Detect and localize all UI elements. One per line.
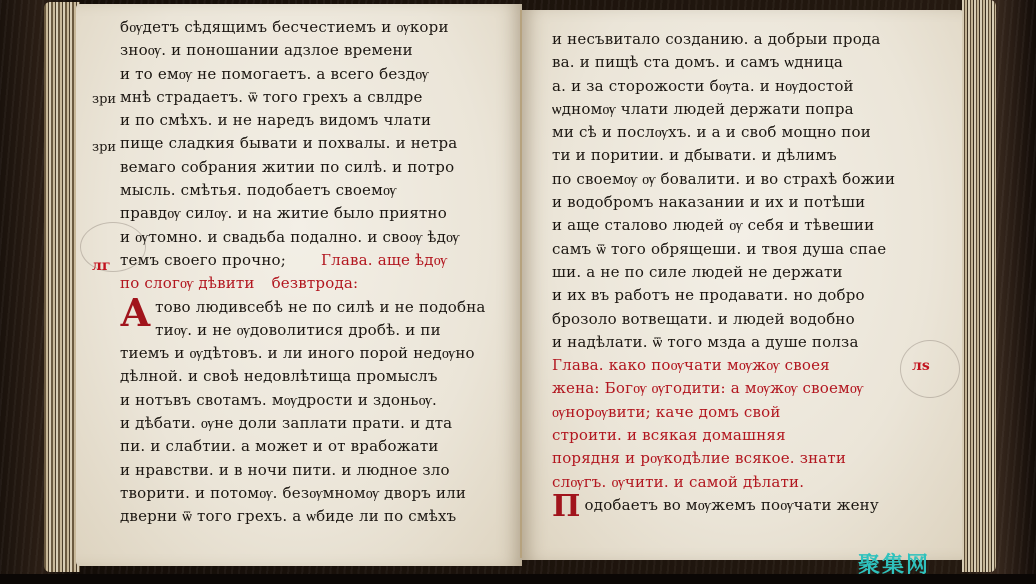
text-line: и надѣлати. ѿ того мзда а душе полза [552, 331, 895, 354]
text-line: а. и за сторожости бѹта. и нѹдостой [552, 75, 895, 98]
text-line: брозоло вотвещати. и людей водобно [552, 308, 895, 331]
text-line: вемаго собрания житии по силѣ. и потро [120, 156, 486, 179]
text-line: ти и поритии. и дбывати. и дѣлимъ [552, 144, 895, 167]
text-line: пище сладкия бывати и похвалы. и нетра [120, 132, 486, 155]
text-line: и несъвитало созданию. а добрыи прода [552, 28, 895, 51]
rubric-line: Глава. како поѹчати мѹжѹ своея [552, 354, 895, 377]
text-line: по своемѹ ѹ бовалити. и во страхѣ божии [552, 168, 895, 191]
text-segment: тово людивсебѣ не по силѣ и не подобна [155, 298, 485, 316]
text-line: и по смѣхъ. и не наредъ видомъ члати [120, 109, 486, 132]
right-page-text: и несъвитало созданию. а добрыи прода ва… [552, 28, 895, 522]
text-line: и то емѹ не помогаетъ. а всего бездѹ [120, 63, 486, 86]
text-segment: темъ своего прочно; [120, 251, 286, 269]
rubric-line: по слогѹ дѣвити [120, 274, 255, 292]
red-initial-letter: А [120, 294, 151, 332]
text-line: и водобромъ наказании и их и потѣши [552, 191, 895, 214]
margin-note-zri-2: зри [92, 140, 116, 155]
text-line: ва. и пищѣ ста домъ. и самъ ѡдница [552, 51, 895, 74]
text-line: бѹдетъ сѣдящимъ бесчестиемъ и ѹкори [120, 16, 486, 39]
text-line: дверни ѿ того грехъ. а ѡбиде ли по смѣхъ [120, 505, 486, 528]
text-line: и нотъвъ свотамъ. мѹдрости и здоньѹ. [120, 389, 486, 412]
text-line: пи. и слабтии. а может и от врабожати [120, 435, 486, 458]
chapter-mark-right: лѕ [912, 358, 930, 374]
rubric-line-tail: безвтрода: [272, 274, 359, 292]
text-line: дѣлной. и своѣ недовлѣтища промыслъ [120, 365, 486, 388]
rubric-line: ѹнорѹвити; каче домъ свой [552, 401, 895, 424]
bottom-shadow [0, 574, 1036, 584]
text-line: правдѹ силѹ. и на житие было приятно [120, 202, 486, 225]
margin-note-zri-1: зри [92, 92, 116, 107]
text-line: по слогѹ дѣвити безвтрода: [120, 272, 486, 295]
red-initial-letter: П [552, 492, 581, 522]
text-line: и аще сталово людей ѹ себя и тѣвешии [552, 214, 895, 237]
pencil-circle-right [900, 340, 960, 398]
rubric-chapter-heading: Глава. аще ѣдѹ [321, 251, 447, 269]
rubric-line: строити. и всякая домашняя [552, 424, 895, 447]
text-line: ми сѣ и послѹхъ. и а и своб мощно пои [552, 121, 895, 144]
text-line: и ѹтомно. и свадьба подално. и своѹ ѣдѹ [120, 226, 486, 249]
text-line: темъ своего прочно; Глава. аще ѣдѹ [120, 249, 486, 272]
rubric-line: жена: Богѹ ѹгодити: а мѹжѹ своемѹ [552, 377, 895, 400]
text-line: мысль. смѣтья. подобаетъ своемѹ [120, 179, 486, 202]
text-line: самъ ѿ того обрящеши. и твоя душа спае [552, 238, 895, 261]
text-line: тиѹ. и не ѹдоволитися дробѣ. и пи [120, 319, 486, 342]
right-page-edges [962, 0, 996, 572]
text-line: и нравстви. и в ночи пити. и людное зло [120, 459, 486, 482]
chapter-mark-left: лг [92, 258, 110, 274]
text-line: творити. и потомѹ. безѹмномѹ дворъ или [120, 482, 486, 505]
text-line: ши. а не по силе людей не держати [552, 261, 895, 284]
text-line: ѡдномѹ члати людей держати попра [552, 98, 895, 121]
text-line: и дѣбати. ѹне доли заплати прати. и дта [120, 412, 486, 435]
text-line: и их въ работъ не продавати. но добро [552, 284, 895, 307]
text-line: А тово людивсебѣ не по силѣ и не подобна [120, 296, 486, 319]
rubric-line: слѹгъ. ѹчити. и самой дѣлати. [552, 471, 895, 494]
text-line: тиемъ и ѹдѣтовъ. и ли иного порой недѹно [120, 342, 486, 365]
rubric-line: порядня и рѹкодѣлие всякое. знати [552, 447, 895, 470]
left-page-edges [44, 2, 80, 572]
text-line: мнѣ страдаетъ. ѿ того грехъ а свлдре [120, 86, 486, 109]
text-line: зноѹ. и поношании адзлое времени [120, 39, 486, 62]
text-segment: одобаетъ во мѹжемъ поѹчати жену [585, 496, 879, 514]
text-line: П одобаетъ во мѹжемъ поѹчати жену [552, 494, 895, 517]
left-page-text: бѹдетъ сѣдящимъ бесчестиемъ и ѹкори зноѹ… [120, 16, 486, 529]
